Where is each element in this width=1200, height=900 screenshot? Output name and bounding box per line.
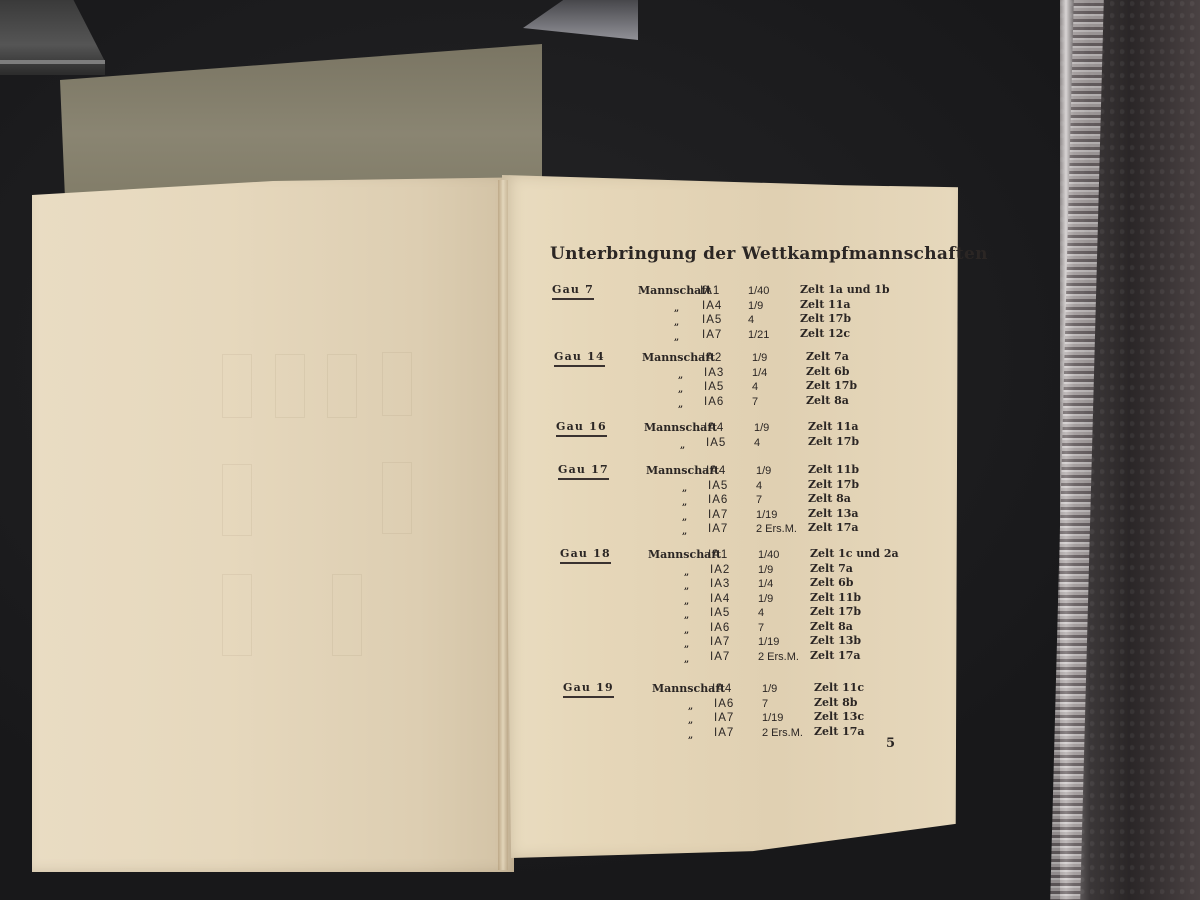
team-code: IA5 <box>704 380 724 394</box>
tent-assignment: Zelt 7a <box>806 350 849 364</box>
member-count: 1/9 <box>748 299 763 313</box>
team-code: IA6 <box>708 493 728 507</box>
ditto-mark: „ <box>682 525 687 539</box>
member-count: 1/9 <box>752 351 767 365</box>
left-page <box>32 174 514 872</box>
tent-assignment: Zelt 17a <box>814 725 865 739</box>
show-through-box <box>327 354 357 418</box>
member-count: 7 <box>752 395 758 409</box>
ditto-mark: „ <box>688 729 693 743</box>
tent-assignment: Zelt 8a <box>810 620 853 634</box>
team-code: IA5 <box>702 313 722 327</box>
tent-assignment: Zelt 17b <box>806 379 857 393</box>
team-code: IA3 <box>710 577 730 591</box>
tent-assignment: Zelt 17b <box>810 605 861 619</box>
tent-assignment: Zelt 8a <box>806 394 849 408</box>
member-count: 4 <box>758 606 764 620</box>
ditto-mark: „ <box>682 496 687 510</box>
show-through-box <box>222 464 252 536</box>
tent-assignment: Zelt 8b <box>814 696 857 710</box>
show-through-box <box>382 462 412 534</box>
team-code: IA7 <box>708 508 728 522</box>
team-code: IA4 <box>704 421 724 435</box>
show-through-box <box>222 354 252 418</box>
show-through-box <box>275 354 305 418</box>
tent-assignment: Zelt 8a <box>808 492 851 506</box>
show-through-box <box>382 352 412 416</box>
tent-assignment: Zelt 17b <box>808 435 859 449</box>
team-code: IA7 <box>702 328 722 342</box>
ditto-mark: „ <box>674 316 679 330</box>
member-count: 1/19 <box>762 711 783 725</box>
show-through-box <box>222 574 252 656</box>
ditto-mark: „ <box>674 331 679 345</box>
team-code: IA5 <box>708 479 728 493</box>
display-stand-edge <box>0 60 105 64</box>
tent-assignment: Zelt 12c <box>800 327 850 341</box>
member-count: 1/21 <box>748 328 769 342</box>
member-count: 4 <box>754 436 760 450</box>
team-code: IA4 <box>702 299 722 313</box>
member-count: 1/9 <box>758 592 773 606</box>
team-code: IA7 <box>714 726 734 740</box>
member-count: 1/4 <box>758 577 773 591</box>
tent-assignment: Zelt 17a <box>808 521 859 535</box>
member-count: 7 <box>756 493 762 507</box>
team-code: IA2 <box>702 351 722 365</box>
ditto-mark: „ <box>684 638 689 652</box>
member-count: 1/19 <box>758 635 779 649</box>
team-code: IA7 <box>714 711 734 725</box>
member-count: 1/9 <box>754 421 769 435</box>
member-count: 7 <box>762 697 768 711</box>
team-code: IA5 <box>706 436 726 450</box>
member-count: 1/40 <box>748 284 769 298</box>
member-count: 1/9 <box>762 682 777 696</box>
gau-heading: Gau 17 <box>558 463 609 480</box>
team-code: IA1 <box>700 284 720 298</box>
member-count: 1/9 <box>756 464 771 478</box>
tent-assignment: Zelt 6b <box>810 576 853 590</box>
page-title: Unterbringung der Wettkampfmannschaften <box>550 244 988 264</box>
ditto-mark: „ <box>688 714 693 728</box>
ditto-mark: „ <box>674 302 679 316</box>
tent-assignment: Zelt 11b <box>810 591 861 605</box>
tent-assignment: Zelt 11b <box>808 463 859 477</box>
team-code: IA3 <box>704 366 724 380</box>
team-code: IA6 <box>710 621 730 635</box>
gau-heading: Gau 18 <box>560 547 611 564</box>
ditto-mark: „ <box>684 580 689 594</box>
right-page <box>502 175 958 858</box>
team-code: IA7 <box>710 650 730 664</box>
gau-heading: Gau 16 <box>556 420 607 437</box>
member-count: 2 Ers.M. <box>762 726 803 740</box>
member-count: 4 <box>752 380 758 394</box>
tent-assignment: Zelt 11a <box>808 420 859 434</box>
ditto-mark: „ <box>684 653 689 667</box>
team-code: IA4 <box>706 464 726 478</box>
team-code: IA7 <box>708 522 728 536</box>
ditto-mark: „ <box>680 439 685 453</box>
team-code: IA4 <box>712 682 732 696</box>
team-code: IA1 <box>708 548 728 562</box>
member-count: 4 <box>748 313 754 327</box>
ditto-mark: „ <box>684 566 689 580</box>
gau-heading: Gau 14 <box>554 350 605 367</box>
ditto-mark: „ <box>684 595 689 609</box>
team-code: IA4 <box>710 592 730 606</box>
ditto-mark: „ <box>688 700 693 714</box>
member-count: 1/40 <box>758 548 779 562</box>
tent-assignment: Zelt 13a <box>808 507 859 521</box>
ditto-mark: „ <box>682 511 687 525</box>
show-through-box <box>332 574 362 656</box>
member-count: 1/19 <box>756 508 777 522</box>
tent-assignment: Zelt 1a und 1b <box>800 283 890 297</box>
tent-assignment: Zelt 11c <box>814 681 864 695</box>
member-count: 1/4 <box>752 366 767 380</box>
tent-assignment: Zelt 7a <box>810 562 853 576</box>
tent-assignment: Zelt 1c und 2a <box>810 547 899 561</box>
member-count: 1/9 <box>758 563 773 577</box>
team-code: IA7 <box>710 635 730 649</box>
ditto-mark: „ <box>684 609 689 623</box>
member-count: 2 Ers.M. <box>756 522 797 536</box>
ditto-mark: „ <box>678 369 683 383</box>
ditto-mark: „ <box>678 383 683 397</box>
tent-assignment: Zelt 6b <box>806 365 849 379</box>
tent-assignment: Zelt 17a <box>810 649 861 663</box>
ditto-mark: „ <box>682 482 687 496</box>
gau-heading: Gau 19 <box>563 681 614 698</box>
page-gutter <box>498 180 508 870</box>
team-code: IA6 <box>704 395 724 409</box>
tent-assignment: Zelt 17b <box>808 478 859 492</box>
tent-assignment: Zelt 13b <box>810 634 861 648</box>
member-count: 7 <box>758 621 764 635</box>
member-count: 4 <box>756 479 762 493</box>
member-count: 2 Ers.M. <box>758 650 799 664</box>
ditto-mark: „ <box>678 398 683 412</box>
tent-assignment: Zelt 11a <box>800 298 851 312</box>
gau-heading: Gau 7 <box>552 283 594 300</box>
team-code: IA2 <box>710 563 730 577</box>
tent-assignment: Zelt 13c <box>814 710 864 724</box>
team-code: IA6 <box>714 697 734 711</box>
page-number: 5 <box>886 736 895 751</box>
ditto-mark: „ <box>684 624 689 638</box>
team-code: IA5 <box>710 606 730 620</box>
tent-assignment: Zelt 17b <box>800 312 851 326</box>
